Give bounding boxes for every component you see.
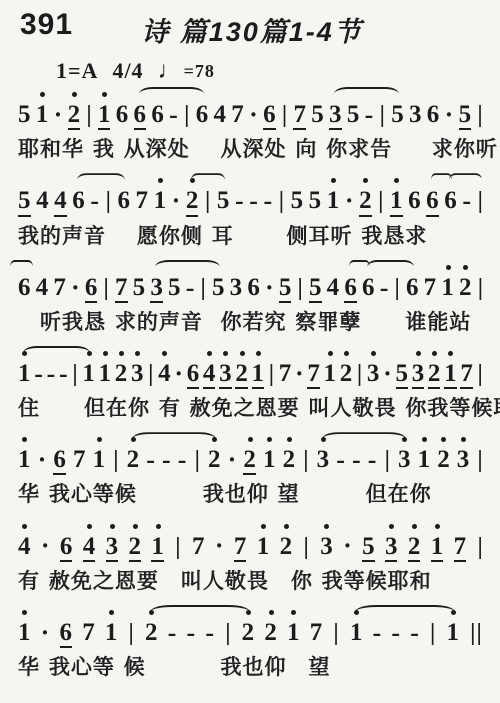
note-1-high: 1 bbox=[36, 102, 49, 130]
note-1-high: 1 bbox=[257, 534, 270, 562]
octave-dot bbox=[158, 178, 163, 183]
duration-dash: - bbox=[368, 446, 377, 475]
note-7: 7 bbox=[192, 534, 205, 562]
augmentation-dot: · bbox=[345, 187, 354, 216]
note-2-high: 2 bbox=[264, 620, 277, 648]
octave-dot bbox=[324, 524, 329, 529]
note-2-high: 2 bbox=[428, 361, 441, 389]
octave-dot bbox=[344, 351, 349, 356]
octave-dot bbox=[463, 265, 468, 270]
duration-dash: - bbox=[391, 619, 400, 648]
duration-dash: - bbox=[187, 619, 196, 648]
notation-line-2: 5446-|671·2|5---|551·2|1666-| bbox=[18, 172, 486, 218]
octave-dot bbox=[287, 437, 292, 442]
note-5: 5 bbox=[391, 102, 404, 130]
octave-dot bbox=[261, 524, 266, 529]
octave-dot bbox=[435, 524, 440, 529]
note-6: 6 bbox=[247, 275, 260, 303]
note-5: 5 bbox=[168, 275, 181, 303]
note-7: 7 bbox=[307, 361, 320, 389]
octave-dot bbox=[87, 524, 92, 529]
tie-arc bbox=[191, 173, 226, 187]
note-6: 6 bbox=[187, 361, 200, 389]
note-2-high: 2 bbox=[186, 188, 199, 216]
note-7: 7 bbox=[234, 534, 247, 562]
duration-dash: - bbox=[186, 274, 195, 303]
note-3-high: 3 bbox=[320, 534, 333, 562]
note-6: 6 bbox=[18, 275, 31, 303]
octave-dot bbox=[22, 437, 27, 442]
note-2-high: 2 bbox=[359, 188, 372, 216]
note-1-high: 1 bbox=[98, 102, 111, 130]
duration-dash: - bbox=[365, 101, 374, 130]
score-line-2: 5446-|671·2|5---|551·2|1666-|我的声音 愿你侧 耳 … bbox=[18, 172, 486, 249]
octave-dot bbox=[394, 178, 399, 183]
tie-arc bbox=[334, 87, 400, 101]
barline: | bbox=[71, 362, 78, 389]
duration-dash: - bbox=[146, 446, 155, 475]
note-1-high: 1 bbox=[327, 188, 340, 216]
octave-dot bbox=[109, 610, 114, 615]
duration-dash: - bbox=[34, 360, 43, 389]
barline: | bbox=[476, 448, 483, 475]
barline: | bbox=[174, 535, 181, 562]
tie-arc bbox=[349, 260, 371, 274]
note-7: 7 bbox=[454, 534, 467, 562]
note-3-high: 3 bbox=[385, 534, 398, 562]
barline: | bbox=[268, 362, 275, 389]
note-4: 4 bbox=[214, 102, 227, 130]
note-7: 7 bbox=[460, 361, 473, 389]
octave-dot bbox=[248, 437, 253, 442]
note-3: 3 bbox=[150, 275, 163, 303]
note-6: 6 bbox=[72, 188, 85, 216]
page-title: 诗 篇130篇1-4节 bbox=[18, 6, 486, 49]
note-6: 6 bbox=[444, 188, 457, 216]
key-signature: 1=A bbox=[56, 58, 98, 84]
barline: | bbox=[303, 535, 310, 562]
barline: | bbox=[183, 103, 190, 130]
note-6: 6 bbox=[344, 275, 357, 303]
note-2-high: 2 bbox=[115, 361, 128, 389]
tie-arc bbox=[367, 260, 415, 274]
note-6: 6 bbox=[408, 188, 421, 216]
note-5: 5 bbox=[309, 188, 322, 216]
octave-dot bbox=[22, 524, 27, 529]
score-line-3: 647·6|7535-|536·5|5466-|6712| 听我恳 求的声音 你… bbox=[18, 259, 486, 336]
note-6: 6 bbox=[263, 102, 276, 130]
duration-dash: - bbox=[90, 187, 99, 216]
note-2-high: 2 bbox=[459, 275, 472, 303]
lyrics-line-5: 华 我心等候 我也仰 望 但在你 bbox=[18, 478, 486, 508]
barline: | bbox=[302, 448, 309, 475]
note-3: 3 bbox=[329, 102, 342, 130]
notation-line-4: 1---|1123|4·64321|7·712|3·53217| bbox=[18, 345, 486, 391]
note-1-high: 1 bbox=[154, 188, 167, 216]
duration-dash: - bbox=[162, 446, 171, 475]
note-1-high: 1 bbox=[105, 620, 118, 648]
augmentation-dot: · bbox=[172, 187, 181, 216]
octave-dot bbox=[331, 178, 336, 183]
note-6: 6 bbox=[60, 534, 73, 562]
note-3-high: 3 bbox=[398, 447, 411, 475]
augmentation-dot: · bbox=[215, 532, 224, 561]
augmentation-dot: · bbox=[38, 446, 47, 475]
note-2-high: 2 bbox=[127, 447, 140, 475]
barline: | bbox=[194, 448, 201, 475]
note-5: 5 bbox=[18, 188, 31, 216]
note-7: 7 bbox=[231, 102, 244, 130]
note-5: 5 bbox=[212, 275, 225, 303]
tie-arc bbox=[139, 87, 205, 101]
octave-dot bbox=[156, 524, 161, 529]
octave-dot bbox=[291, 610, 296, 615]
note-4: 4 bbox=[36, 275, 49, 303]
note-5: 5 bbox=[291, 188, 304, 216]
note-6: 6 bbox=[427, 102, 440, 130]
note-1-high: 1 bbox=[390, 188, 403, 216]
octave-dot bbox=[256, 351, 261, 356]
note-4: 4 bbox=[327, 275, 340, 303]
note-3-high: 3 bbox=[457, 447, 470, 475]
note-6: 6 bbox=[85, 275, 98, 303]
augmentation-dot: · bbox=[343, 532, 352, 561]
lyrics-line-6: 有 赦免之恩要 叫人敬畏 你 我等候耶和 bbox=[18, 565, 486, 595]
note-1-high: 1 bbox=[324, 361, 337, 389]
note-3-high: 3 bbox=[219, 361, 232, 389]
octave-dot bbox=[110, 524, 115, 529]
octave-dot bbox=[432, 351, 437, 356]
lyrics-line-4: 住 但在你 有 赦免之恩要 叫人敬畏 你我等候耶和 bbox=[18, 392, 486, 422]
note-6: 6 bbox=[426, 188, 439, 216]
note-1-high: 1 bbox=[82, 361, 95, 389]
barline: | bbox=[105, 189, 112, 216]
score: 51·2|1666-|647·6|7535-|536·5|耶和华 我 从深处 从… bbox=[18, 86, 486, 681]
octave-dot bbox=[133, 524, 138, 529]
score-line-4: 1---|1123|4·64321|7·712|3·53217|住 但在你 有 … bbox=[18, 345, 486, 422]
octave-dot bbox=[422, 437, 427, 442]
duration-dash: - bbox=[178, 446, 187, 475]
octave-dot bbox=[269, 610, 274, 615]
note-3-high: 3 bbox=[412, 361, 425, 389]
note-7: 7 bbox=[53, 275, 66, 303]
octave-dot bbox=[412, 524, 417, 529]
barline: | bbox=[429, 621, 436, 648]
note-1-high: 1 bbox=[18, 447, 31, 475]
duration-dash: - bbox=[47, 360, 56, 389]
note-7: 7 bbox=[115, 275, 128, 303]
hymn-sheet-page: 391 诗 篇130篇1-4节 1=A 4/4 ♩=78 51·2|1666-|… bbox=[0, 0, 500, 703]
octave-dot bbox=[97, 437, 102, 442]
note-1-high: 1 bbox=[444, 361, 457, 389]
note-2-high: 2 bbox=[340, 361, 353, 389]
note-4-high: 4 bbox=[18, 534, 31, 562]
note-2-high: 2 bbox=[280, 534, 293, 562]
duration-dash: - bbox=[205, 619, 214, 648]
barline: | bbox=[281, 103, 288, 130]
tie-arc bbox=[23, 346, 91, 360]
note-6: 6 bbox=[196, 102, 209, 130]
note-5: 5 bbox=[309, 275, 322, 303]
note-2-high: 2 bbox=[408, 534, 421, 562]
tempo-marking: ♩=78 bbox=[158, 59, 215, 83]
note-7: 7 bbox=[136, 188, 149, 216]
note-2-high: 2 bbox=[283, 447, 296, 475]
note-5: 5 bbox=[311, 102, 324, 130]
note-1-high: 1 bbox=[18, 361, 31, 389]
octave-dot bbox=[102, 92, 107, 97]
octave-dot bbox=[240, 351, 245, 356]
note-6: 6 bbox=[362, 275, 375, 303]
note-2-high: 2 bbox=[235, 361, 248, 389]
note-5: 5 bbox=[362, 534, 375, 562]
note-5: 5 bbox=[217, 188, 230, 216]
note-5: 5 bbox=[459, 102, 472, 130]
note-6: 6 bbox=[151, 102, 164, 130]
duration-dash: - bbox=[249, 187, 258, 216]
octave-dot bbox=[267, 437, 272, 442]
duration-dash: - bbox=[263, 187, 272, 216]
score-line-1: 51·2|1666-|647·6|7535-|536·5|耶和华 我 从深处 从… bbox=[18, 86, 486, 163]
note-3: 3 bbox=[230, 275, 243, 303]
note-1-high: 1 bbox=[263, 447, 276, 475]
note-7: 7 bbox=[279, 361, 292, 389]
barline: | bbox=[477, 362, 484, 389]
barline: | bbox=[356, 362, 363, 389]
bpm-value: =78 bbox=[184, 61, 215, 82]
tie-arc bbox=[322, 432, 407, 446]
duration-dash: - bbox=[59, 360, 68, 389]
duration-dash: - bbox=[169, 101, 178, 130]
note-4: 4 bbox=[54, 188, 67, 216]
barline: | bbox=[394, 276, 401, 303]
tie-arc bbox=[150, 605, 251, 619]
header: 391 诗 篇130篇1-4节 bbox=[18, 6, 486, 52]
octave-dot bbox=[40, 92, 45, 97]
barline: | bbox=[379, 103, 386, 130]
duration-dash: - bbox=[336, 446, 345, 475]
duration-dash: - bbox=[373, 619, 382, 648]
duration-dash: - bbox=[380, 274, 389, 303]
octave-dot bbox=[448, 351, 453, 356]
note-3-high: 3 bbox=[131, 361, 144, 389]
octave-dot bbox=[461, 437, 466, 442]
note-1-high: 1 bbox=[287, 620, 300, 648]
octave-dot bbox=[119, 351, 124, 356]
barline: | bbox=[200, 276, 207, 303]
augmentation-dot: · bbox=[249, 101, 258, 130]
note-3-high: 3 bbox=[317, 447, 330, 475]
tie-arc bbox=[132, 432, 217, 446]
duration-dash: - bbox=[462, 187, 471, 216]
note-2-high: 2 bbox=[68, 102, 81, 130]
duration-dash: - bbox=[235, 187, 244, 216]
tie-arc bbox=[10, 260, 33, 274]
note-4-high: 4 bbox=[203, 361, 216, 389]
note-1-high: 1 bbox=[418, 447, 431, 475]
note-2-high: 2 bbox=[145, 620, 158, 648]
note-2-high: 2 bbox=[243, 447, 256, 475]
note-7: 7 bbox=[310, 620, 323, 648]
barline: | bbox=[297, 276, 304, 303]
octave-dot bbox=[103, 351, 108, 356]
note-1-high: 1 bbox=[441, 275, 454, 303]
barline: | bbox=[384, 448, 391, 475]
score-line-7: 1·671|2---|2217|1---|1||华 我心等 候 我也仰 望 bbox=[18, 604, 486, 681]
octave-dot bbox=[72, 92, 77, 97]
note-6: 6 bbox=[116, 102, 129, 130]
octave-dot bbox=[441, 437, 446, 442]
note-1-high: 1 bbox=[99, 361, 112, 389]
note-1-high: 1 bbox=[18, 620, 31, 648]
notation-line-6: 4·64321|7·712|3·53217| bbox=[18, 517, 486, 563]
barline: | bbox=[377, 189, 384, 216]
note-7: 7 bbox=[82, 620, 95, 648]
note-1-high: 1 bbox=[447, 620, 460, 648]
tie-arc bbox=[355, 605, 456, 619]
note-2-high: 2 bbox=[129, 534, 142, 562]
barline: | bbox=[128, 621, 135, 648]
duration-dash: - bbox=[168, 619, 177, 648]
notation-line-1: 51·2|1666-|647·6|7535-|536·5| bbox=[18, 86, 486, 132]
octave-dot bbox=[371, 351, 376, 356]
augmentation-dot: · bbox=[265, 274, 274, 303]
note-7: 7 bbox=[424, 275, 437, 303]
barline: | bbox=[224, 621, 231, 648]
hymn-number: 391 bbox=[20, 8, 73, 42]
barline: | bbox=[476, 535, 483, 562]
note-2-high: 2 bbox=[242, 620, 255, 648]
duration-dash: - bbox=[410, 619, 419, 648]
note-4-high: 4 bbox=[158, 361, 171, 389]
note-7: 7 bbox=[293, 102, 306, 130]
note-4-high: 4 bbox=[83, 534, 96, 562]
note-6: 6 bbox=[406, 275, 419, 303]
barline: | bbox=[477, 276, 484, 303]
augmentation-dot: · bbox=[174, 360, 183, 389]
lyrics-line-1: 耶和华 我 从深处 从深处 向 你求告 求你听 bbox=[18, 133, 486, 163]
lyrics-line-3: 听我恳 求的声音 你若究 察罪孽 谁能站 bbox=[18, 306, 486, 336]
barline: | bbox=[332, 621, 339, 648]
octave-dot bbox=[135, 351, 140, 356]
note-3-high: 3 bbox=[367, 361, 380, 389]
barline: | bbox=[476, 103, 483, 130]
note-5: 5 bbox=[18, 102, 31, 130]
augmentation-dot: · bbox=[228, 446, 237, 475]
augmentation-dot: · bbox=[445, 101, 454, 130]
augmentation-dot: · bbox=[295, 360, 304, 389]
tie-arc bbox=[155, 260, 221, 274]
notation-line-7: 1·671|2---|2217|1---|1|| bbox=[18, 604, 486, 650]
note-1-high: 1 bbox=[431, 534, 444, 562]
octave-dot bbox=[328, 351, 333, 356]
augmentation-dot: · bbox=[71, 274, 80, 303]
note-7: 7 bbox=[73, 447, 86, 475]
note-5: 5 bbox=[279, 275, 292, 303]
augmentation-dot: · bbox=[54, 101, 63, 130]
note-1-high: 1 bbox=[151, 534, 164, 562]
note-6: 6 bbox=[60, 620, 73, 648]
score-line-5: 1·671|2---|2·212|3---|3123|华 我心等候 我也仰 望 … bbox=[18, 431, 486, 508]
notation-line-3: 647·6|7535-|536·5|5466-|6712| bbox=[18, 259, 486, 305]
augmentation-dot: · bbox=[383, 360, 392, 389]
note-5: 5 bbox=[396, 361, 409, 389]
octave-dot bbox=[446, 265, 451, 270]
octave-dot bbox=[223, 351, 228, 356]
barline: | bbox=[103, 276, 110, 303]
octave-dot bbox=[207, 351, 212, 356]
note-6: 6 bbox=[134, 102, 147, 130]
note-4: 4 bbox=[36, 188, 49, 216]
note-6: 6 bbox=[53, 447, 66, 475]
tie-arc bbox=[77, 173, 126, 187]
tie-arc bbox=[449, 173, 482, 187]
barline: | bbox=[85, 103, 92, 130]
note-2-high: 2 bbox=[208, 447, 221, 475]
tempo-row: 1=A 4/4 ♩=78 bbox=[56, 56, 486, 86]
augmentation-dot: · bbox=[41, 619, 50, 648]
final-barline: || bbox=[469, 621, 484, 648]
score-line-6: 4·64321|7·712|3·53217|有 赦免之恩要 叫人敬畏 你 我等候… bbox=[18, 517, 486, 594]
note-2-high: 2 bbox=[437, 447, 450, 475]
augmentation-dot: · bbox=[41, 532, 50, 561]
lyrics-line-7: 华 我心等 候 我也仰 望 bbox=[18, 651, 486, 681]
lyrics-line-2: 我的声音 愿你侧 耳 侧耳听 我恳求 bbox=[18, 220, 486, 250]
note-6: 6 bbox=[117, 188, 130, 216]
barline: | bbox=[204, 189, 211, 216]
note-3-high: 3 bbox=[106, 534, 119, 562]
note-1-high: 1 bbox=[252, 361, 265, 389]
octave-dot bbox=[22, 610, 27, 615]
octave-dot bbox=[162, 351, 167, 356]
duration-dash: - bbox=[352, 446, 361, 475]
barline: | bbox=[112, 448, 119, 475]
barline: | bbox=[278, 189, 285, 216]
note-1-high: 1 bbox=[93, 447, 106, 475]
time-signature: 4/4 bbox=[112, 58, 143, 84]
note-1-high: 1 bbox=[350, 620, 363, 648]
note-5: 5 bbox=[347, 102, 360, 130]
note-3: 3 bbox=[409, 102, 422, 130]
octave-dot bbox=[389, 524, 394, 529]
note-5: 5 bbox=[133, 275, 146, 303]
barline: | bbox=[147, 362, 154, 389]
barline: | bbox=[477, 189, 484, 216]
octave-dot bbox=[284, 524, 289, 529]
quarter-note-icon: ♩ bbox=[158, 59, 183, 83]
octave-dot bbox=[416, 351, 421, 356]
notation-line-5: 1·671|2---|2·212|3---|3123| bbox=[18, 431, 486, 477]
octave-dot bbox=[363, 178, 368, 183]
